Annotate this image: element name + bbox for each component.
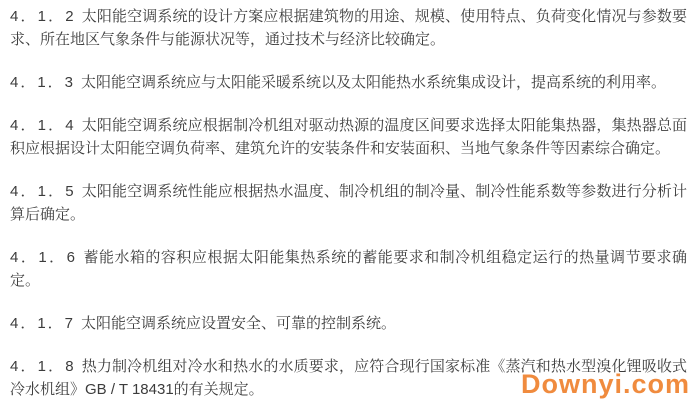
clause-text: 太阳能空调系统应设置安全、可靠的控制系统。 [81,315,396,332]
clause-text: 太阳能空调系统应根据制冷机组对驱动热源的温度区间要求选择太阳能集热器，集热器总面… [10,117,687,157]
clause-number: 4．1．4 [10,117,76,134]
clause-paragraph-4-1-3: 4．1．3太阳能空调系统应与太阳能采暖系统以及太阳能热水系统集成设计，提高系统的… [10,71,687,94]
clause-paragraph-4-1-5: 4．1．5太阳能空调系统性能应根据热水温度、制冷机组的制冷量、制冷性能系数等参数… [10,180,687,226]
clause-number: 4．1．6 [10,249,77,266]
clause-paragraph-4-1-2: 4．1．2太阳能空调系统的设计方案应根据建筑物的用途、规模、使用特点、负荷变化情… [10,5,687,51]
clause-number: 4．1．5 [10,183,76,200]
clause-paragraph-4-1-7: 4．1．7太阳能空调系统应设置安全、可靠的控制系统。 [10,312,687,335]
clause-number: 4．1．3 [10,74,75,91]
clause-number: 4．1．2 [10,8,76,25]
clause-text: 太阳能空调系统应与太阳能采暖系统以及太阳能热水系统集成设计，提高系统的利用率。 [81,74,666,91]
clause-paragraph-4-1-8: 4．1．8热力制冷机组对冷水和热水的水质要求，应符合现行国家标准《蒸汽和热水型溴… [10,355,687,399]
clause-paragraph-4-1-4: 4．1．4太阳能空调系统应根据制冷机组对驱动热源的温度区间要求选择太阳能集热器，… [10,114,687,160]
clause-number: 4．1．7 [10,315,75,332]
clause-text: 蓄能水箱的容积应根据太阳能集热系统的蓄能要求和制冷机组稳定运行的热量调节要求确定… [10,249,687,289]
clause-number: 4．1．8 [10,358,76,375]
clause-paragraph-4-1-6: 4．1．6蓄能水箱的容积应根据太阳能集热系统的蓄能要求和制冷机组稳定运行的热量调… [10,246,687,292]
clause-text: 热力制冷机组对冷水和热水的水质要求，应符合现行国家标准《蒸汽和热水型溴化锂吸收式… [10,358,687,398]
clause-text: 太阳能空调系统的设计方案应根据建筑物的用途、规模、使用特点、负荷变化情况与参数要… [10,8,687,48]
document-page: 4．1．2太阳能空调系统的设计方案应根据建筑物的用途、规模、使用特点、负荷变化情… [0,0,697,399]
clause-text: 太阳能空调系统性能应根据热水温度、制冷机组的制冷量、制冷性能系数等参数进行分析计… [10,183,687,223]
